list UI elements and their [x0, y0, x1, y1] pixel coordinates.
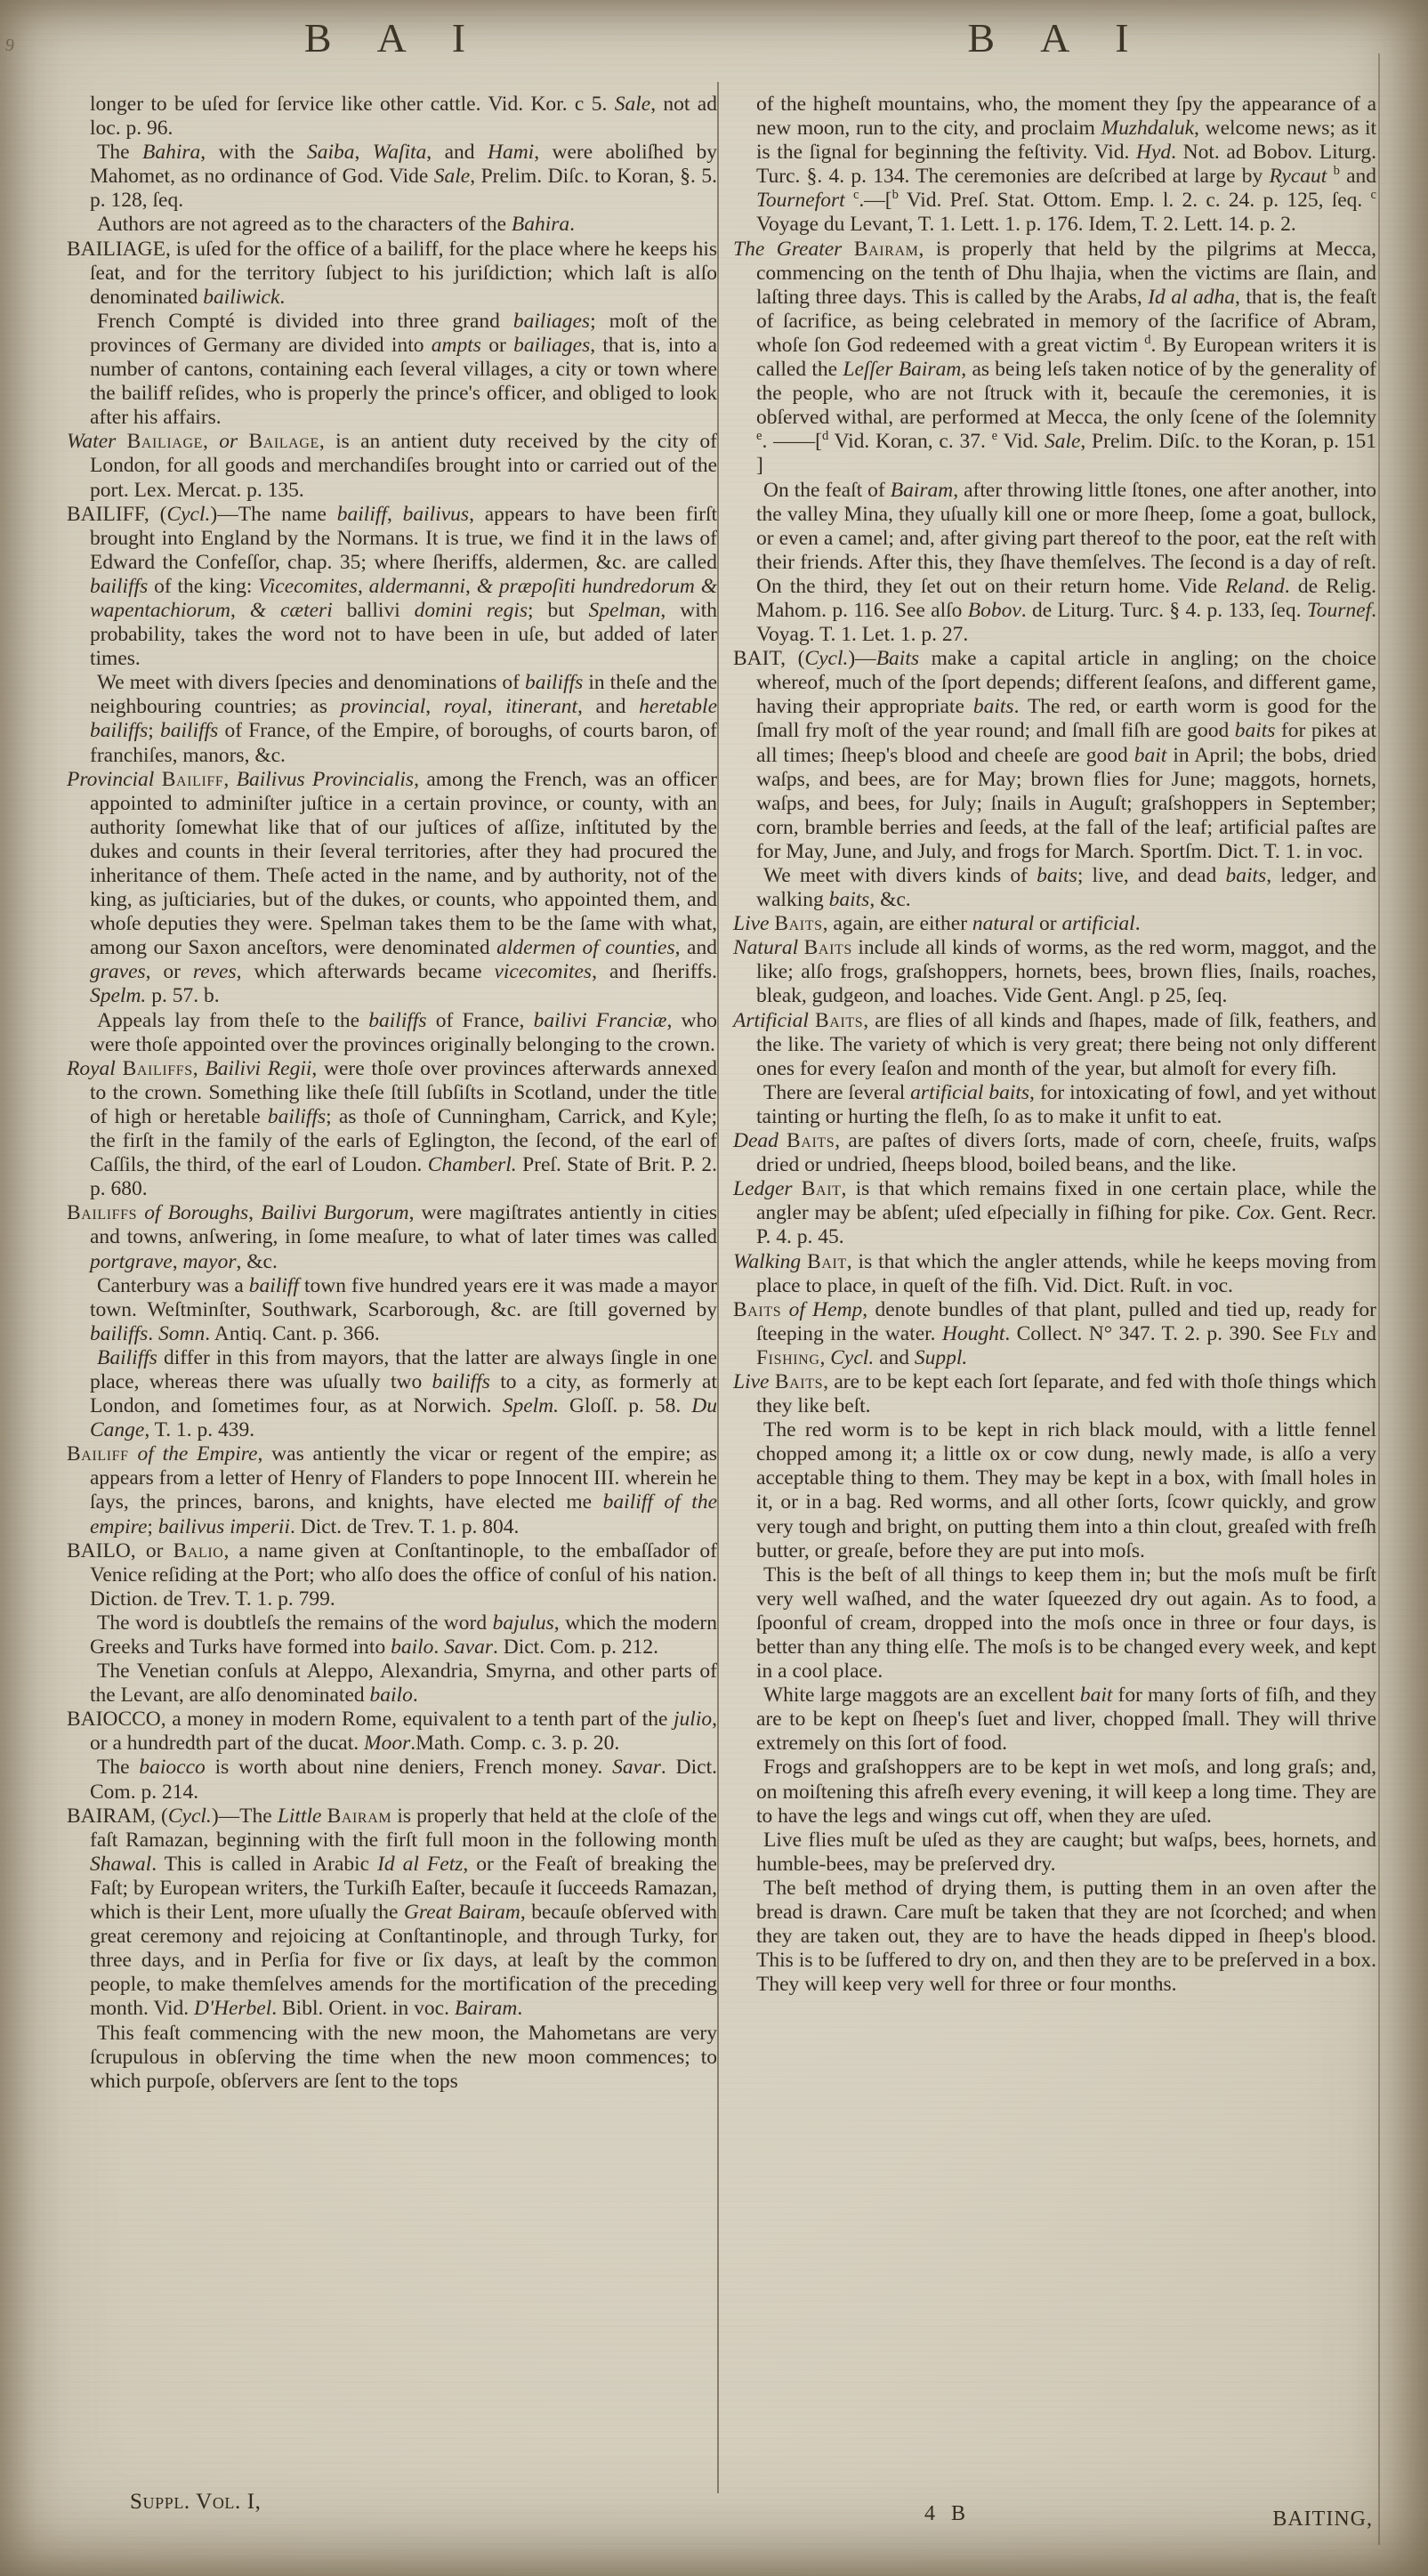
entry-paragraph: Natural Baits include all kinds of worms… [756, 936, 1376, 1008]
entry-paragraph: BAIT, (Cycl.)—Baits make a capital artic… [756, 647, 1376, 864]
paragraph: longer to be uſed for ſervice like other… [90, 93, 717, 141]
signature-mark: 4 B [924, 2502, 971, 2526]
paragraph: Appeals lay from theſe to the bailiffs o… [90, 1009, 717, 1057]
paragraph: The word is doubtleſs the remains of the… [90, 1611, 717, 1659]
paragraph: The red worm is to be kept in rich black… [756, 1418, 1376, 1563]
running-head-left: B A I [67, 14, 716, 69]
paragraph: We meet with divers kinds of baits; live… [756, 864, 1376, 912]
entry-paragraph: Provincial Bailiff, Bailivus Provinciali… [90, 768, 717, 1009]
entry-paragraph: Baits of Hemp, denote bundles of that pl… [756, 1298, 1376, 1370]
entry-paragraph: Ledger Bait, is that which remains fixed… [756, 1177, 1376, 1249]
running-head-right: B A I [731, 14, 1378, 69]
entry-paragraph: The Greater Bairam, is properly that hel… [756, 238, 1376, 479]
footer-row: 4 B BAITING, [733, 2502, 1376, 2538]
paragraph: Live flies muſt be uſed as they are caug… [756, 1829, 1376, 1877]
paragraph: This is the beſt of all things to keep t… [756, 1563, 1376, 1684]
entry-paragraph: Bailiffs of Boroughs, Bailivi Burgorum, … [90, 1201, 717, 1273]
entry-paragraph: Live Baits, are to be kept each ſort ſep… [756, 1370, 1376, 1418]
entry-paragraph: BAILO, or Balio, a name given at Conſtan… [90, 1539, 717, 1611]
paragraph: On the feaſt of Bairam, after throwing l… [756, 479, 1376, 648]
left-column: longer to be uſed for ſervice like other… [67, 93, 717, 2094]
paragraph: Authors are not agreed as to the charact… [90, 213, 717, 237]
paragraph: Frogs and graſshoppers are to be kept in… [756, 1756, 1376, 1828]
paragraph: The Venetian conſuls at Aleppo, Alexandr… [90, 1659, 717, 1708]
margin-mark: 9 [4, 35, 15, 56]
entry-paragraph: BAILIAGE, is uſed for the office of a ba… [90, 238, 717, 310]
paragraph: of the higheſt mountains, who, the momen… [756, 93, 1376, 238]
entry-paragraph: Dead Baits, are paſtes of divers ſorts, … [756, 1129, 1376, 1177]
page-edge-rule [1378, 53, 1380, 2545]
entry-paragraph: Walking Bait, is that which the angler a… [756, 1250, 1376, 1298]
volume-footer: Suppl. Vol. I, [130, 2490, 261, 2515]
paragraph: The baiocco is worth about nine deniers,… [90, 1756, 717, 1804]
entry-paragraph: Live Baits, again, are either natural or… [756, 912, 1376, 936]
paragraph: There are ſeveral artificial baits, for … [756, 1081, 1376, 1129]
book-page: 9 B A I B A I longer to be uſed for ſerv… [0, 0, 1428, 2576]
paragraph: The beſt method of drying them, is putti… [756, 1877, 1376, 1997]
paragraph: French Compté is divided into three gran… [90, 310, 717, 430]
paragraph: Canterbury was a bailiff town five hundr… [90, 1274, 717, 1346]
paragraph: We meet with divers ſpecies and denomina… [90, 671, 717, 767]
entry-paragraph: BAIRAM, (Cycl.)—The Little Bairam is pro… [90, 1805, 717, 2022]
entry-paragraph: Water Bailiage, or Bailage, is an antien… [90, 430, 717, 502]
entry-paragraph: BAILIFF, (Cycl.)—The name bailiff, baili… [90, 503, 717, 672]
entry-paragraph: BAIOCCO, a money in modern Rome, equival… [90, 1708, 717, 1756]
paragraph: Bailiffs differ in this from mayors, tha… [90, 1346, 717, 1442]
paragraph: White large maggots are an excellent bai… [756, 1684, 1376, 1756]
catchword: BAITING, [1272, 2507, 1373, 2532]
entry-paragraph: Royal Bailiffs, Bailivi Regii, were thoſ… [90, 1057, 717, 1202]
column-divider [717, 82, 719, 2493]
right-column: of the higheſt mountains, who, the momen… [733, 93, 1376, 1997]
entry-paragraph: Bailiff of the Empire, was antiently the… [90, 1442, 717, 1538]
paragraph: The Bahira, with the Saiba, Waſita, and … [90, 141, 717, 213]
paragraph: This feaſt commencing with the new moon,… [90, 2022, 717, 2094]
entry-paragraph: Artificial Baits, are flies of all kinds… [756, 1009, 1376, 1081]
